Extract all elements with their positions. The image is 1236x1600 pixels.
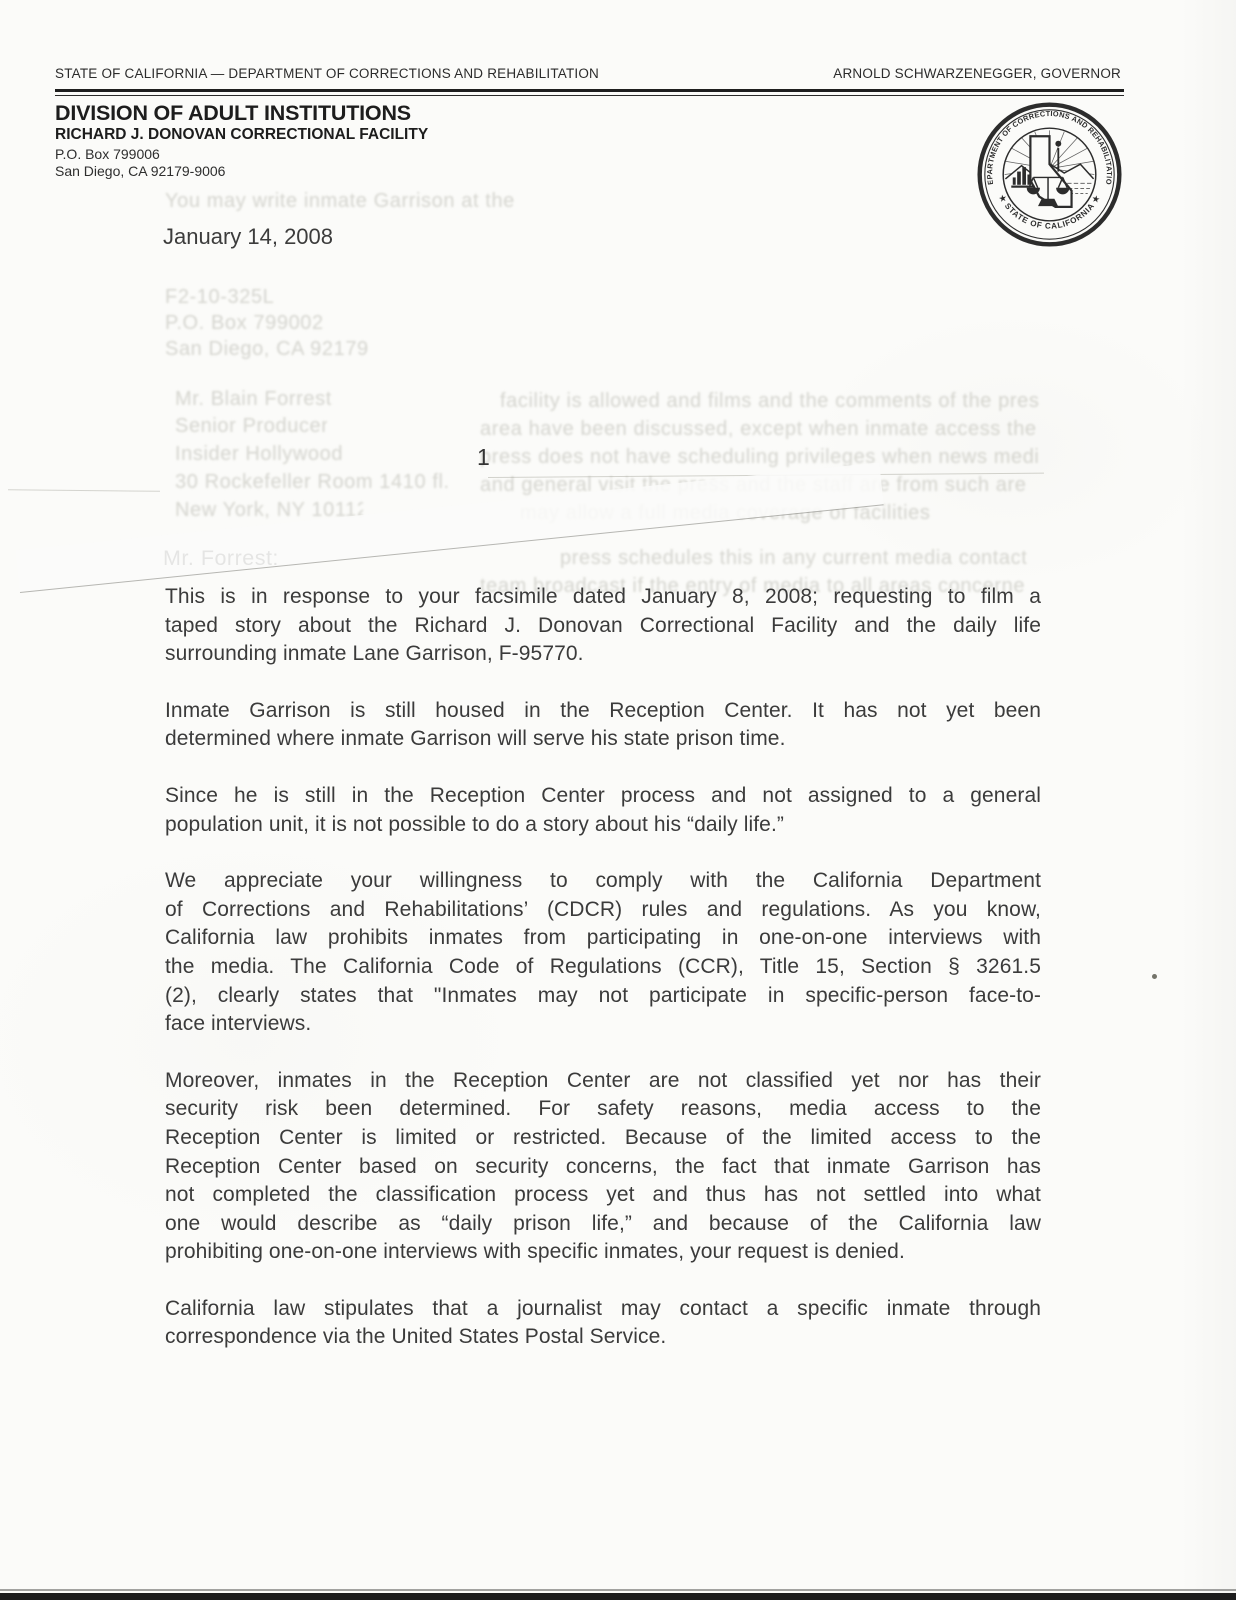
scan-edge-band: [0, 1593, 1236, 1600]
paragraph-line: not completed the classification process…: [165, 1181, 1041, 1210]
paragraph-line: We appreciate your willingness to comply…: [165, 867, 1041, 896]
bleed-through-line: area have been discussed, except when in…: [480, 416, 1040, 442]
state-seal-icon: DEPARTMENT OF CORRECTIONS AND REHABILITA…: [976, 101, 1123, 248]
paragraph-line: security risk been determined. For safet…: [165, 1095, 1041, 1124]
paragraph: Moreover, inmates in the Reception Cente…: [165, 1067, 1041, 1267]
paragraph-line: Since he is still in the Reception Cente…: [165, 782, 1041, 811]
agency-line: STATE OF CALIFORNIA — DEPARTMENT OF CORR…: [55, 66, 599, 81]
scanned-letter-page: STATE OF CALIFORNIA — DEPARTMENT OF CORR…: [0, 0, 1236, 1600]
paragraph: This is in response to your facsimile da…: [165, 583, 1041, 669]
letterhead-topline: STATE OF CALIFORNIA — DEPARTMENT OF CORR…: [55, 66, 1121, 81]
governor-line: ARNOLD SCHWARZENEGGER, GOVERNOR: [833, 66, 1121, 81]
paragraph-line: correspondence via the United States Pos…: [165, 1323, 1041, 1352]
paragraph-line: taped story about the Richard J. Donovan…: [165, 612, 1041, 641]
city-line: San Diego, CA 92179-9006: [55, 163, 225, 179]
bleed-through-line: facility is allowed and films and the co…: [500, 388, 1040, 414]
paragraph-line: Reception Center is limited or restricte…: [165, 1124, 1041, 1153]
paragraph-line: (2), clearly states that "Inmates may no…: [165, 982, 1041, 1011]
paragraph-line: California law prohibits inmates from pa…: [165, 924, 1041, 953]
bleed-through-line: P.O. Box 799002: [165, 310, 340, 336]
bleed-through-line: press schedules this in any current medi…: [560, 545, 1038, 571]
paragraph-line: surrounding inmate Lane Garrison, F-9577…: [165, 640, 1041, 669]
paragraph: Inmate Garrison is still housed in the R…: [165, 697, 1041, 754]
paragraph-line: face interviews.: [165, 1010, 1041, 1039]
bleed-through-line: San Diego, CA 92179: [165, 336, 380, 362]
header-rule-thin: [55, 95, 1124, 96]
paragraph-line: the media. The California Code of Regula…: [165, 953, 1041, 982]
paragraph-line: determined where inmate Garrison will se…: [165, 725, 1041, 754]
paragraph-line: one would describe as “daily prison life…: [165, 1210, 1041, 1239]
bleed-through-line: Senior Producer: [175, 413, 327, 439]
paragraph: We appreciate your willingness to comply…: [165, 867, 1041, 1039]
paragraph: Since he is still in the Reception Cente…: [165, 782, 1041, 839]
bleed-through-line: Mr. Blain Forrest: [175, 386, 347, 412]
bleed-through-line: press does not have scheduling privilege…: [480, 444, 1040, 470]
scan-edge-line: [0, 1589, 1236, 1591]
paragraph-line: This is in response to your facsimile da…: [165, 583, 1041, 612]
bleed-through-line: Insider Hollywood: [175, 441, 343, 467]
ink-speck: [1152, 974, 1157, 979]
paragraph-line: California law stipulates that a journal…: [165, 1295, 1041, 1324]
bleed-through-line: You may write inmate Garrison at the: [165, 188, 520, 214]
bleed-through-line: F2-10-325L: [165, 284, 290, 310]
paragraph-line: of Corrections and Rehabilitations’ (CDC…: [165, 896, 1041, 925]
bleed-through-line: 30 Rockefeller Room 1410 fl.: [175, 469, 467, 495]
letter-date: January 14, 2008: [163, 224, 333, 250]
paragraph: California law stipulates that a journal…: [165, 1295, 1041, 1352]
paragraph-line: Moreover, inmates in the Reception Cente…: [165, 1067, 1041, 1096]
fold-crease-left: [8, 489, 160, 492]
paragraph-line: Reception Center based on security conce…: [165, 1153, 1041, 1182]
page-number: 1: [477, 444, 490, 471]
paragraph-line: Inmate Garrison is still housed in the R…: [165, 697, 1041, 726]
po-box-line: P.O. Box 799006: [55, 146, 160, 162]
paragraph-line: prohibiting one-on-one interviews with s…: [165, 1238, 1041, 1267]
division-title: DIVISION OF ADULT INSTITUTIONS: [55, 101, 411, 126]
letter-body: This is in response to your facsimile da…: [165, 583, 1041, 1380]
facility-name: RICHARD J. DONOVAN CORRECTIONAL FACILITY: [55, 126, 428, 144]
paragraph-line: population unit, it is not possible to d…: [165, 811, 1041, 840]
header-rule-thick: [55, 89, 1124, 92]
